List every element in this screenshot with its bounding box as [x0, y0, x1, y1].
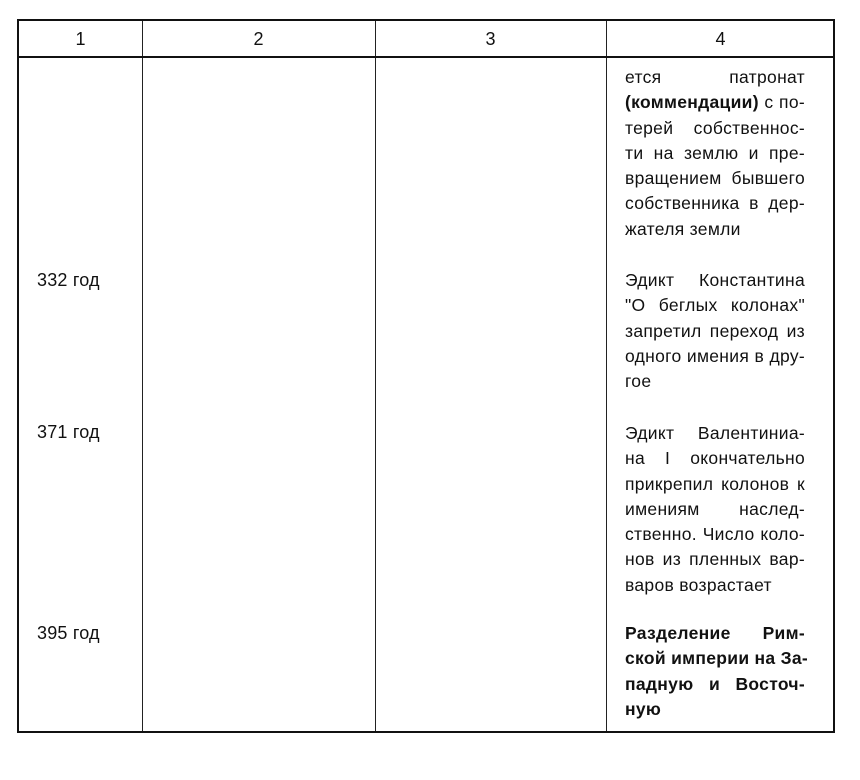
- column-divider: [142, 21, 143, 731]
- event-description: Эдикт Валентиниа-на I окончательноприкре…: [625, 421, 805, 598]
- description-line: падную и Восточ-: [625, 672, 805, 697]
- description-line: ную: [625, 697, 805, 722]
- header-col-4: 4: [606, 21, 835, 56]
- description-line: нов из пленных вар-: [625, 547, 805, 572]
- event-description: ется патронат(коммендации) с по-терей со…: [625, 65, 805, 242]
- description-line: ти на землю и пре-: [625, 141, 805, 166]
- description-line: терей собственнос-: [625, 116, 805, 141]
- year-cell: 332 год: [37, 270, 100, 291]
- year-cell: 371 год: [37, 422, 100, 443]
- description-line: ется патронат: [625, 65, 805, 90]
- description-line: вращением бывшего: [625, 166, 805, 191]
- description-line: одного имения в дру-: [625, 344, 805, 369]
- description-line: гое: [625, 369, 805, 394]
- header-col-3: 3: [375, 21, 606, 56]
- event-description: Эдикт Константина"О беглых колонах"запре…: [625, 268, 805, 394]
- description-line: Эдикт Валентиниа-: [625, 421, 805, 446]
- description-line: жателя земли: [625, 217, 805, 242]
- description-line: "О беглых колонах": [625, 293, 805, 318]
- description-line: прикрепил колонов к: [625, 472, 805, 497]
- header-col-1: 1: [19, 21, 142, 56]
- description-line: (коммендации) с по-: [625, 90, 805, 115]
- header-divider: [19, 56, 833, 58]
- description-line: собственника в дер-: [625, 191, 805, 216]
- description-line: ственно. Число коло-: [625, 522, 805, 547]
- description-line: Разделение Рим-: [625, 621, 805, 646]
- column-divider: [606, 21, 607, 731]
- description-line: ской империи на За-: [625, 646, 805, 671]
- event-description: Разделение Рим-ской империи на За-падную…: [625, 621, 805, 722]
- description-line: Эдикт Константина: [625, 268, 805, 293]
- description-line: на I окончательно: [625, 446, 805, 471]
- chronology-table: 1 2 3 4 332 год 371 год 395 год ется пат…: [17, 19, 835, 733]
- column-divider: [375, 21, 376, 731]
- header-col-2: 2: [142, 21, 375, 56]
- description-line: варов возрастает: [625, 573, 805, 598]
- description-line: запретил переход из: [625, 319, 805, 344]
- description-line: имениям наслед-: [625, 497, 805, 522]
- year-cell: 395 год: [37, 623, 100, 644]
